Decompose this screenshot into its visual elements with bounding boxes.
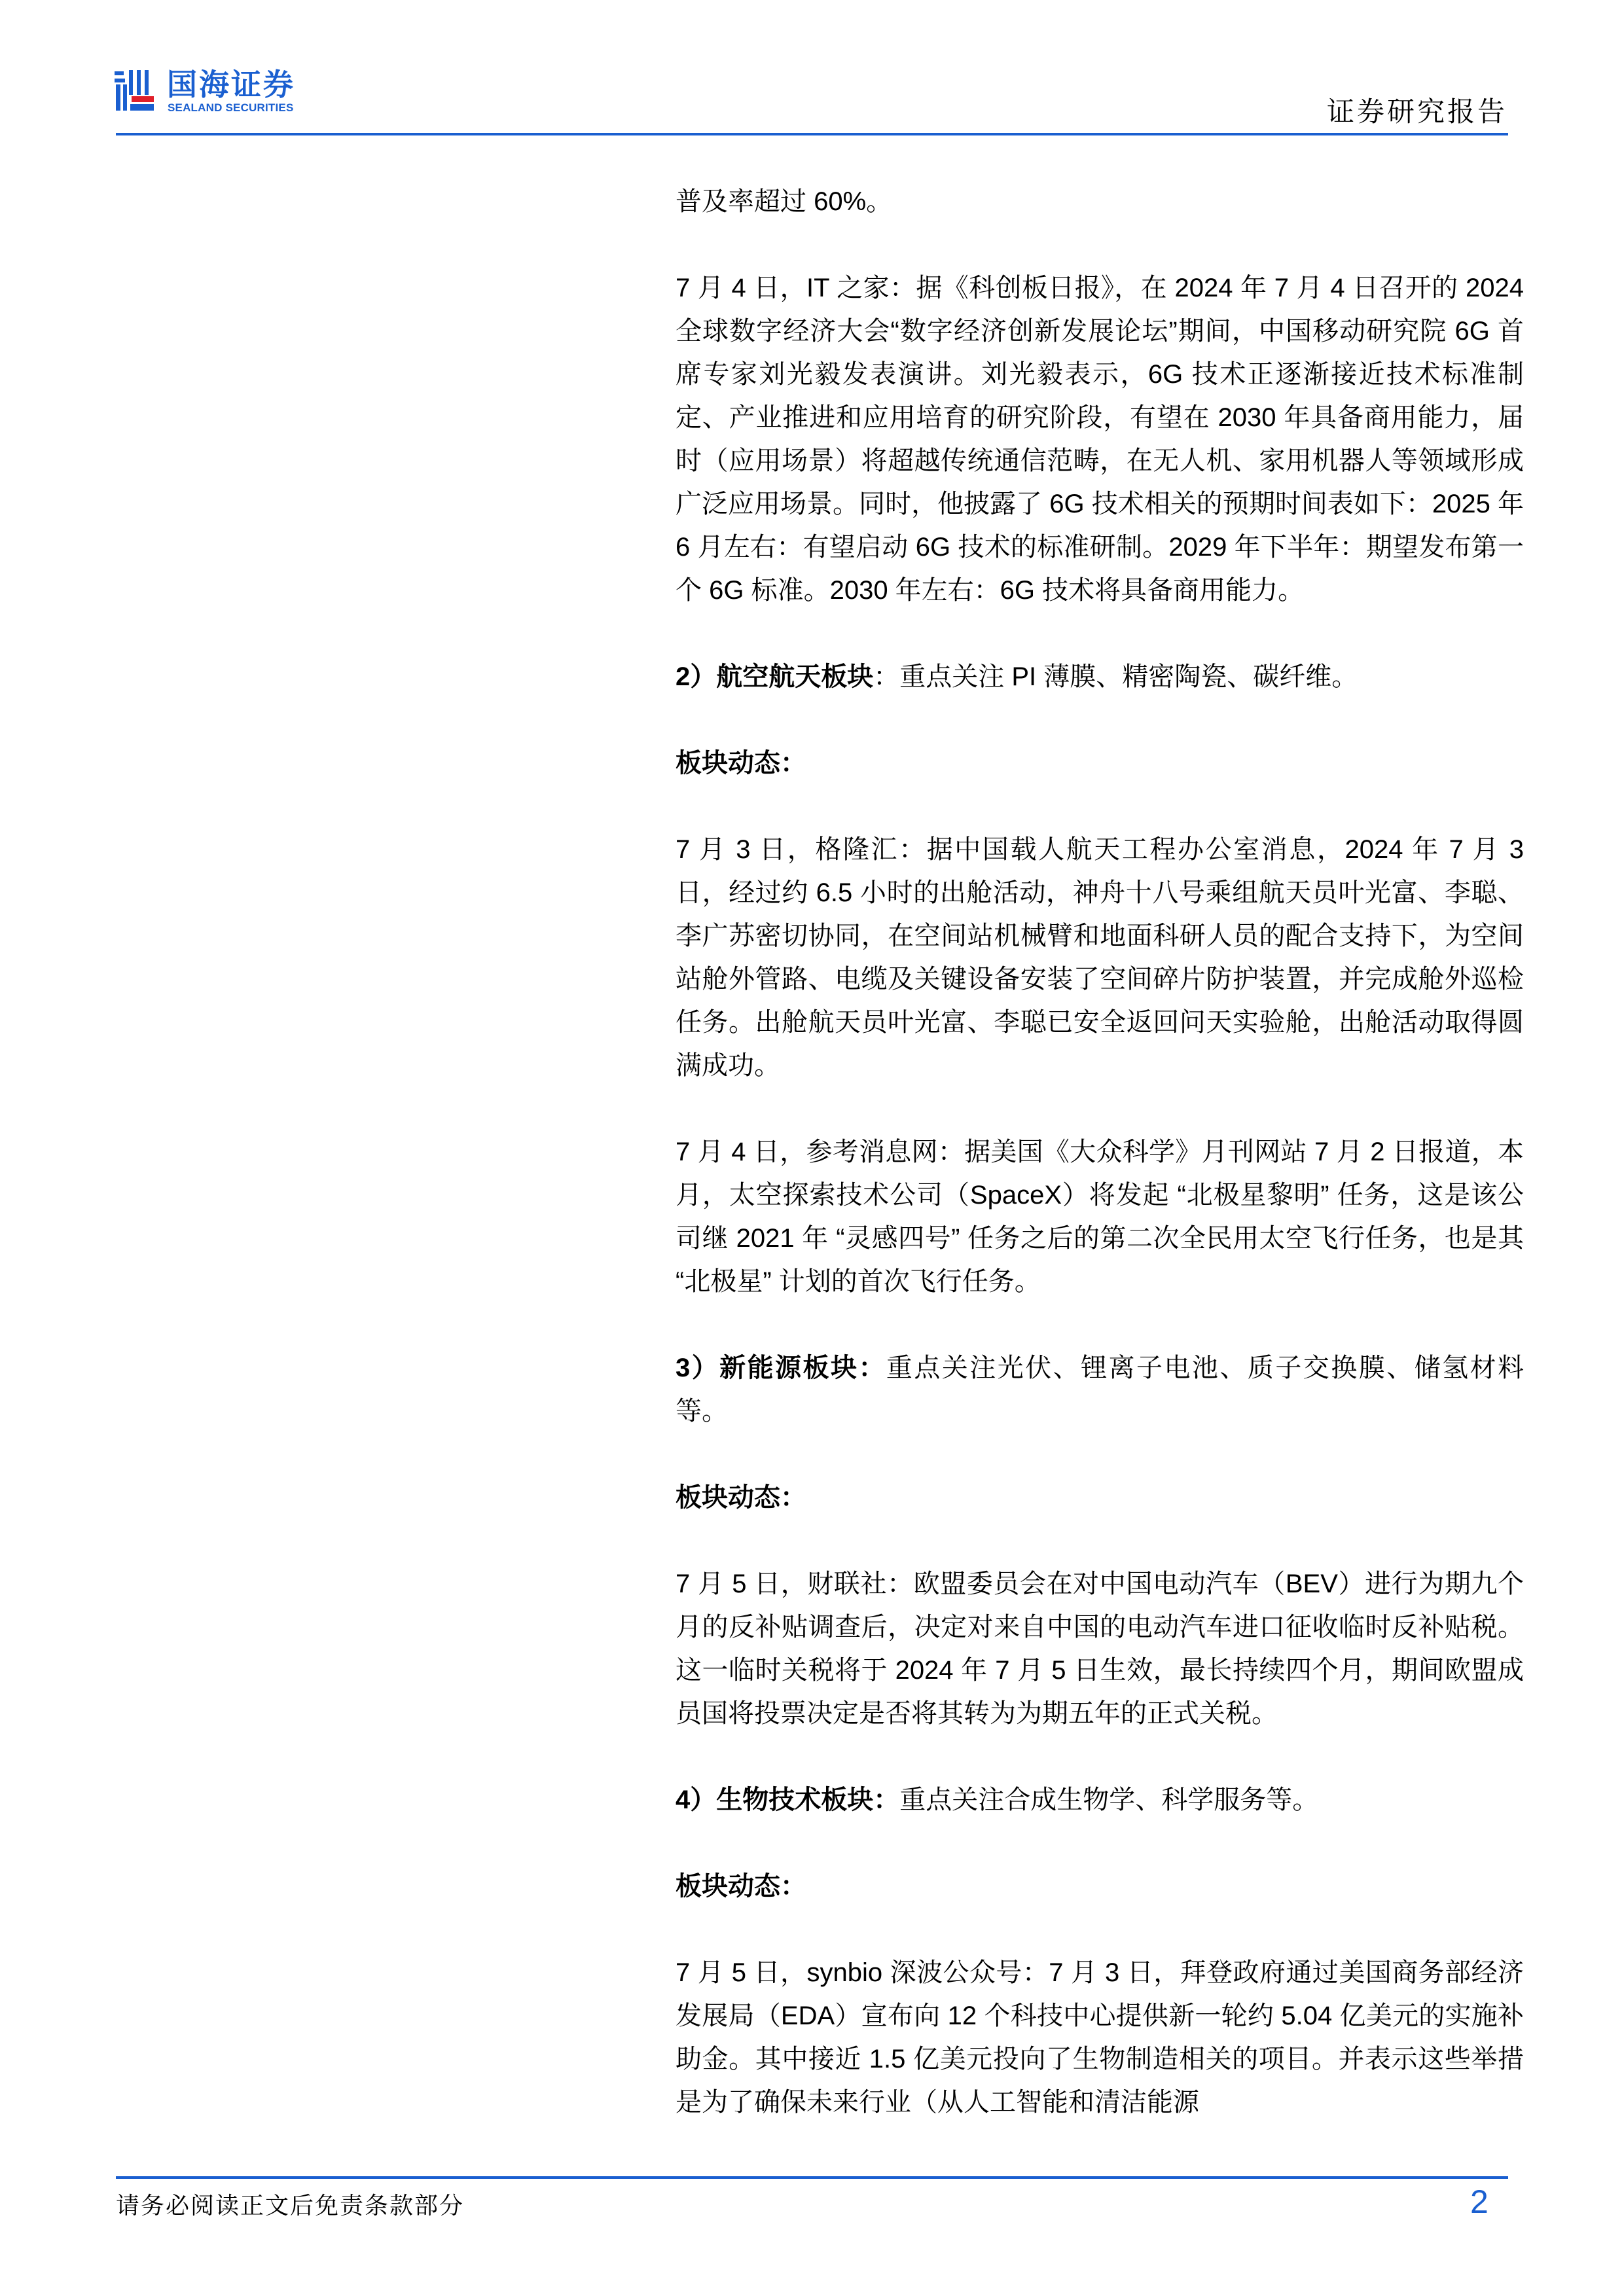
section-focus: 重点关注合成生物学、科学服务等。 — [899, 1785, 1318, 1814]
paragraph: 普及率超过 60%。 — [676, 180, 1524, 223]
news-item-eda-grant: 7 月 5 日，synbio 深波公众号：7 月 3 日，拜登政府通过美国商务部… — [676, 1951, 1524, 2124]
news-item-shenzhou: 7 月 3 日，格隆汇：据中国载人航天工程办公室消息，2024 年 7 月 3 … — [676, 828, 1524, 1087]
news-item-eu-tariff: 7 月 5 日，财联社：欧盟委员会在对中国电动汽车（BEV）进行为期九个月的反补… — [676, 1562, 1524, 1735]
section-aerospace-heading: 2）航空航天板块：重点关注 PI 薄膜、精密陶瓷、碳纤维。 — [676, 655, 1524, 698]
logo-chinese-name: 国海证券 — [167, 67, 295, 101]
section-title: 4）生物技术板块： — [676, 1785, 899, 1814]
page-number: 2 — [1470, 2183, 1489, 2221]
dynamics-label: 板块动态： — [676, 1483, 806, 1512]
company-logo: 国海证券 SEALAND SECURITIES — [115, 70, 291, 115]
sealand-logo-icon — [115, 70, 155, 112]
section-dynamics-label: 板块动态： — [676, 1476, 1524, 1519]
section-focus: ：重点关注 PI 薄膜、精密陶瓷、碳纤维。 — [873, 662, 1358, 691]
news-item-6g: 7 月 4 日，IT 之家：据《科创板日报》，在 2024 年 7 月 4 日召… — [676, 266, 1524, 612]
footer-divider — [116, 2176, 1508, 2179]
report-body: 普及率超过 60%。 7 月 4 日，IT 之家：据《科创板日报》，在 2024… — [676, 180, 1524, 2167]
logo-english-name: SEALAND SECURITIES — [168, 101, 294, 115]
section-biotech-heading: 4）生物技术板块：重点关注合成生物学、科学服务等。 — [676, 1778, 1524, 1821]
section-title: 3）新能源板块： — [676, 1354, 886, 1382]
disclaimer-note: 请务必阅读正文后免责条款部分 — [116, 2187, 464, 2221]
dynamics-label: 板块动态： — [676, 1872, 806, 1901]
news-item-spacex: 7 月 4 日，参考消息网：据美国《大众科学》月刊网站 7 月 2 日报道，本月… — [676, 1130, 1524, 1303]
section-dynamics-label: 板块动态： — [676, 1865, 1524, 1908]
report-type-label: 证券研究报告 — [1327, 90, 1507, 130]
section-new-energy-heading: 3）新能源板块：重点关注光伏、锂离子电池、质子交换膜、储氢材料等。 — [676, 1346, 1524, 1433]
dynamics-label: 板块动态： — [676, 749, 806, 778]
header-divider — [116, 133, 1508, 135]
section-title: 2）航空航天板块 — [676, 662, 873, 691]
section-dynamics-label: 板块动态： — [676, 742, 1524, 785]
